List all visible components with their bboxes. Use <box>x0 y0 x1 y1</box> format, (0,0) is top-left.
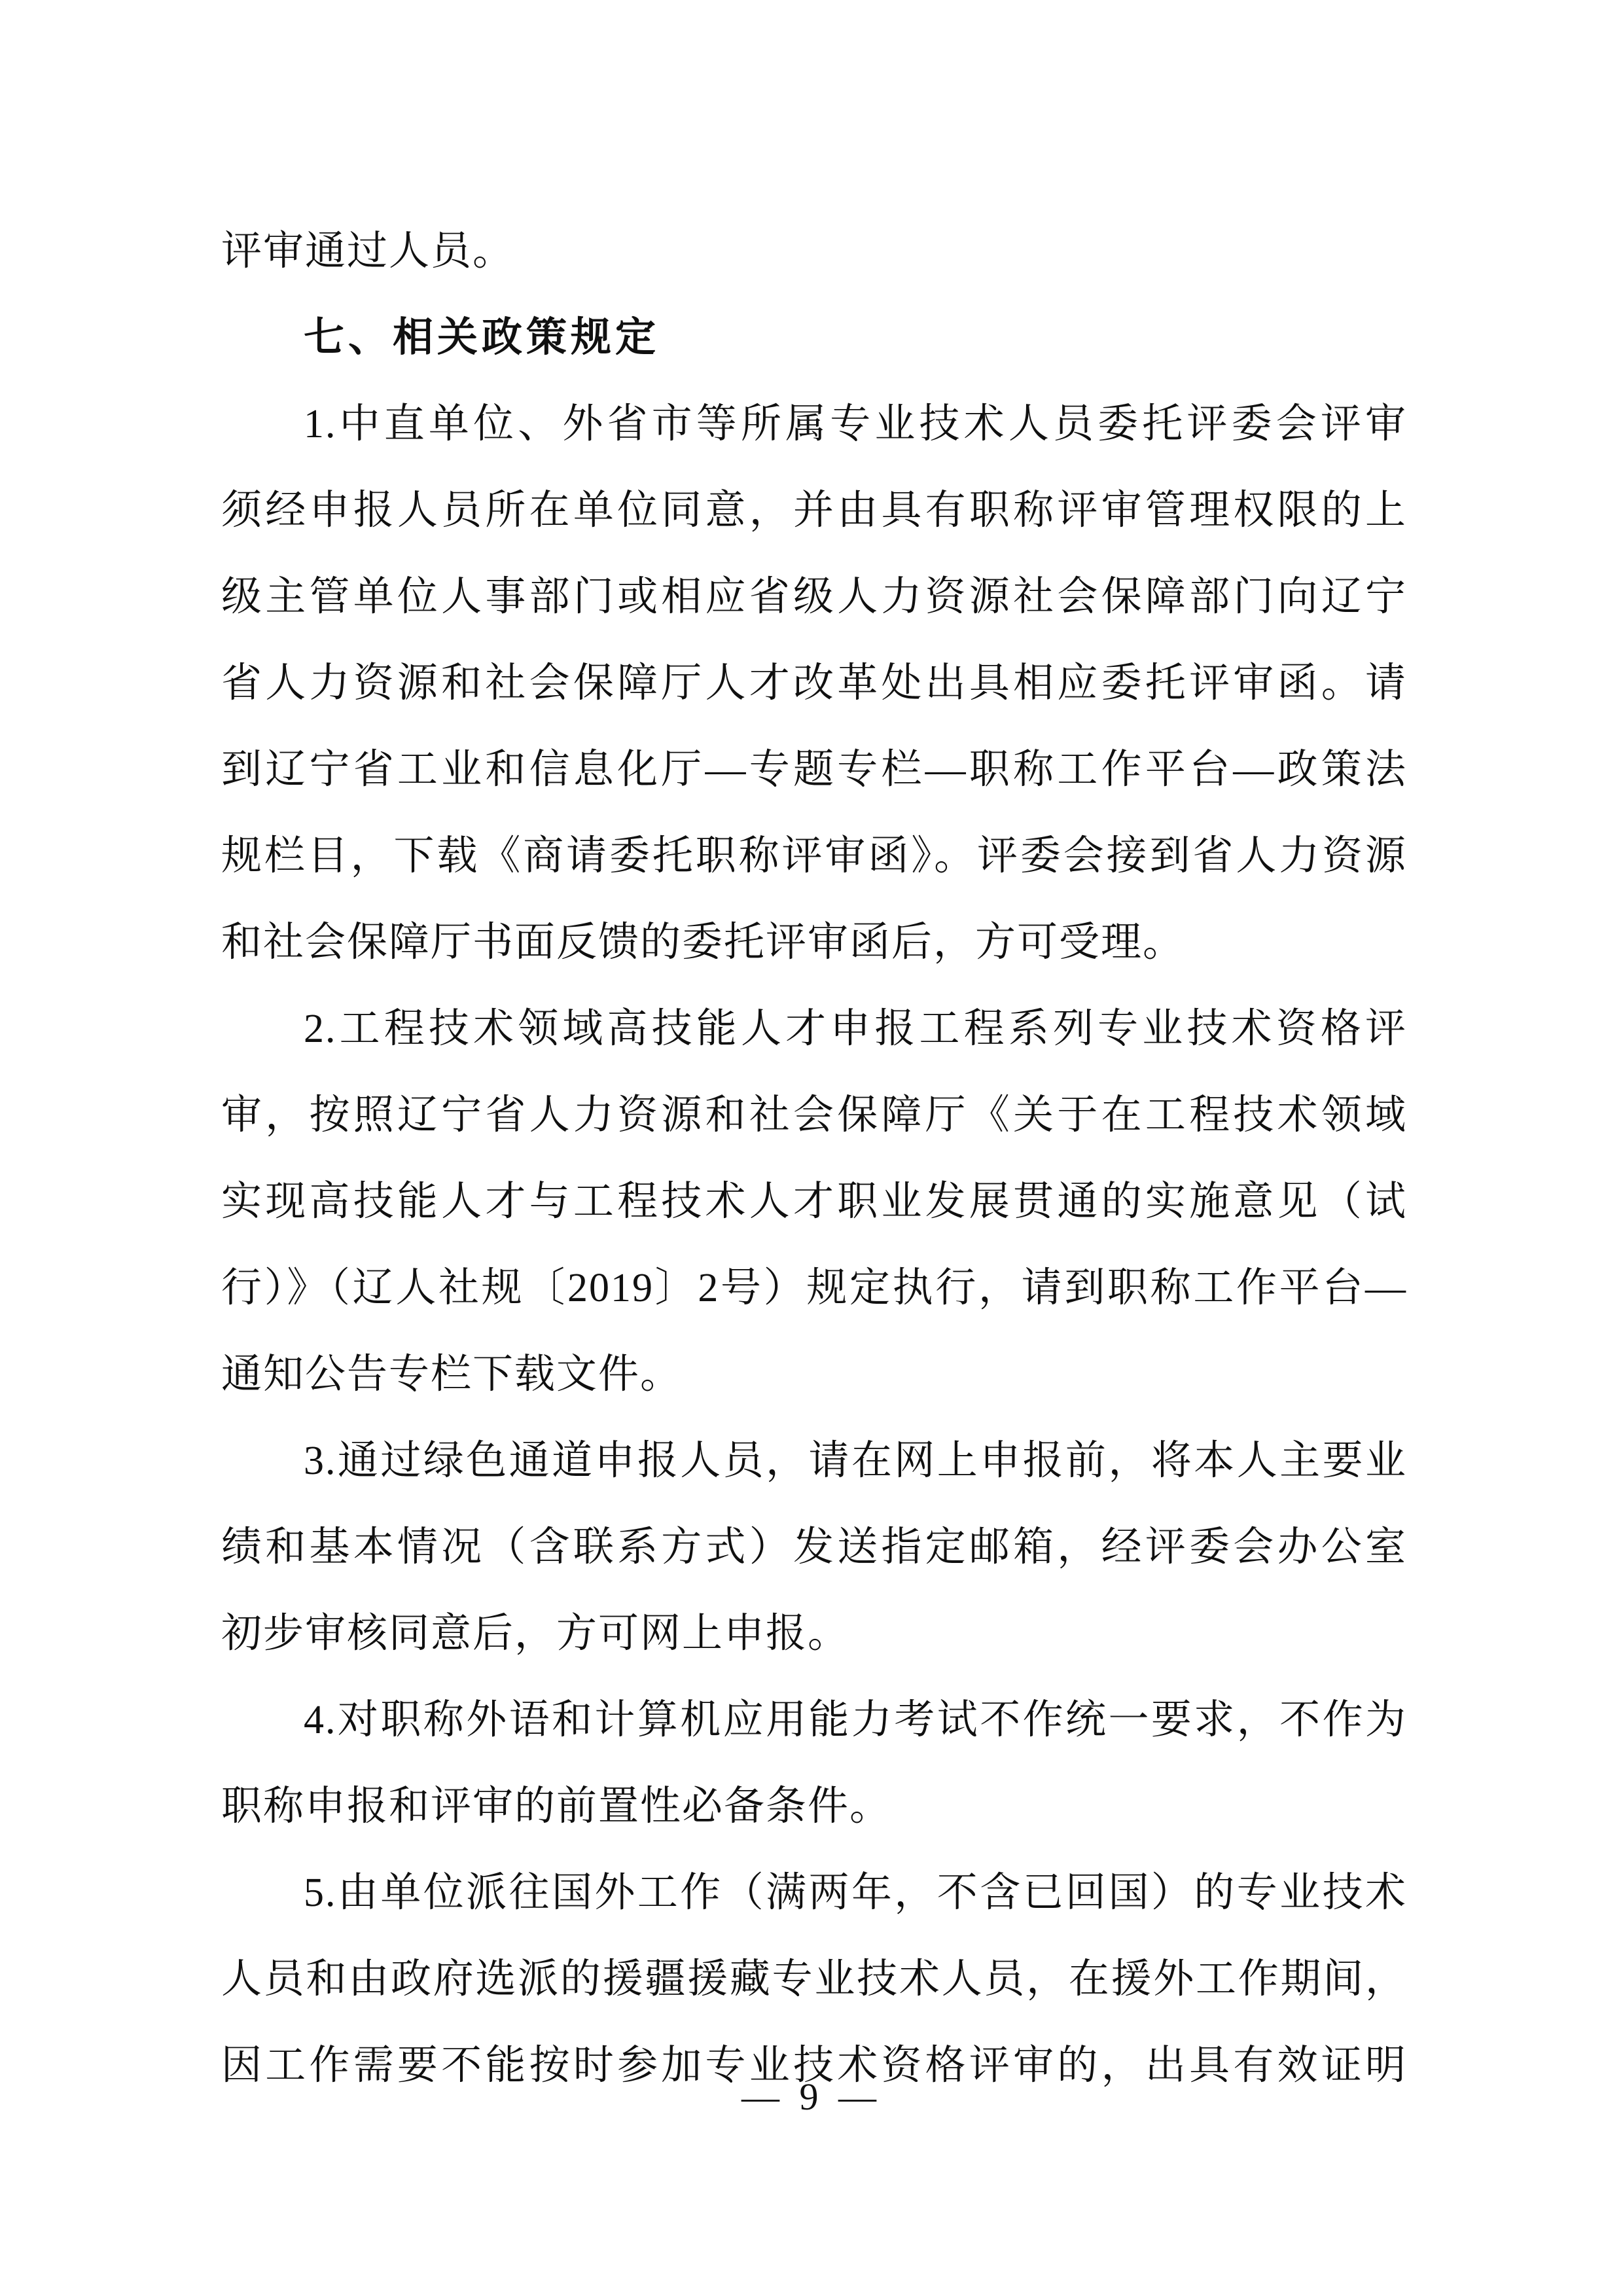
text-line: 初步审核同意后，方可网上申报。 <box>221 1590 1407 1677</box>
text-line: 3.通过绿色通道申报人员，请在网上申报前，将本人主要业 <box>221 1418 1407 1504</box>
text-line: 5.由单位派往国外工作（满两年，不含已回国）的专业技术 <box>221 1850 1407 1936</box>
text-line: 级主管单位人事部门或相应省级人力资源社会保障部门向辽宁 <box>221 554 1407 640</box>
text-line: 4.对职称外语和计算机应用能力考试不作统一要求，不作为 <box>221 1677 1407 1763</box>
text-line: 到辽宁省工业和信息化厅—专题专栏—职称工作平台—政策法 <box>221 726 1407 813</box>
text-line: 通知公告专栏下载文件。 <box>221 1331 1407 1418</box>
text-line: 须经申报人员所在单位同意，并由具有职称评审管理权限的上 <box>221 467 1407 554</box>
document-body: 评审通过人员。七、相关政策规定1.中直单位、外省市等所属专业技术人员委托评委会评… <box>221 208 1407 2109</box>
text-line: 省人力资源和社会保障厅人才改革处出具相应委托评审函。请 <box>221 640 1407 726</box>
text-line: 实现高技能人才与工程技术人才职业发展贯通的实施意见（试 <box>221 1158 1407 1245</box>
text-line: 人员和由政府选派的援疆援藏专业技术人员，在援外工作期间， <box>221 1936 1407 2022</box>
text-line: 行）》（辽人社规〔2019〕2号）规定执行，请到职称工作平台— <box>221 1245 1407 1331</box>
text-line: 绩和基本情况（含联系方式）发送指定邮箱，经评委会办公室 <box>221 1504 1407 1590</box>
text-line: 七、相关政策规定 <box>221 295 1407 381</box>
text-line: 规栏目，下载《商请委托职称评审函》。评委会接到省人力资源 <box>221 813 1407 899</box>
text-line: 2.工程技术领域高技能人才申报工程系列专业技术资格评 <box>221 986 1407 1072</box>
text-line: 评审通过人员。 <box>221 208 1407 295</box>
text-line: 职称申报和评审的前置性必备条件。 <box>221 1763 1407 1850</box>
text-line: 1.中直单位、外省市等所属专业技术人员委托评委会评审的， <box>221 381 1407 467</box>
page-number: — 9 — <box>0 2073 1623 2121</box>
scanned-document-page: 评审通过人员。七、相关政策规定1.中直单位、外省市等所属专业技术人员委托评委会评… <box>0 0 1623 2296</box>
text-line: 审，按照辽宁省人力资源和社会保障厅《关于在工程技术领域 <box>221 1072 1407 1158</box>
text-line: 和社会保障厅书面反馈的委托评审函后，方可受理。 <box>221 899 1407 986</box>
